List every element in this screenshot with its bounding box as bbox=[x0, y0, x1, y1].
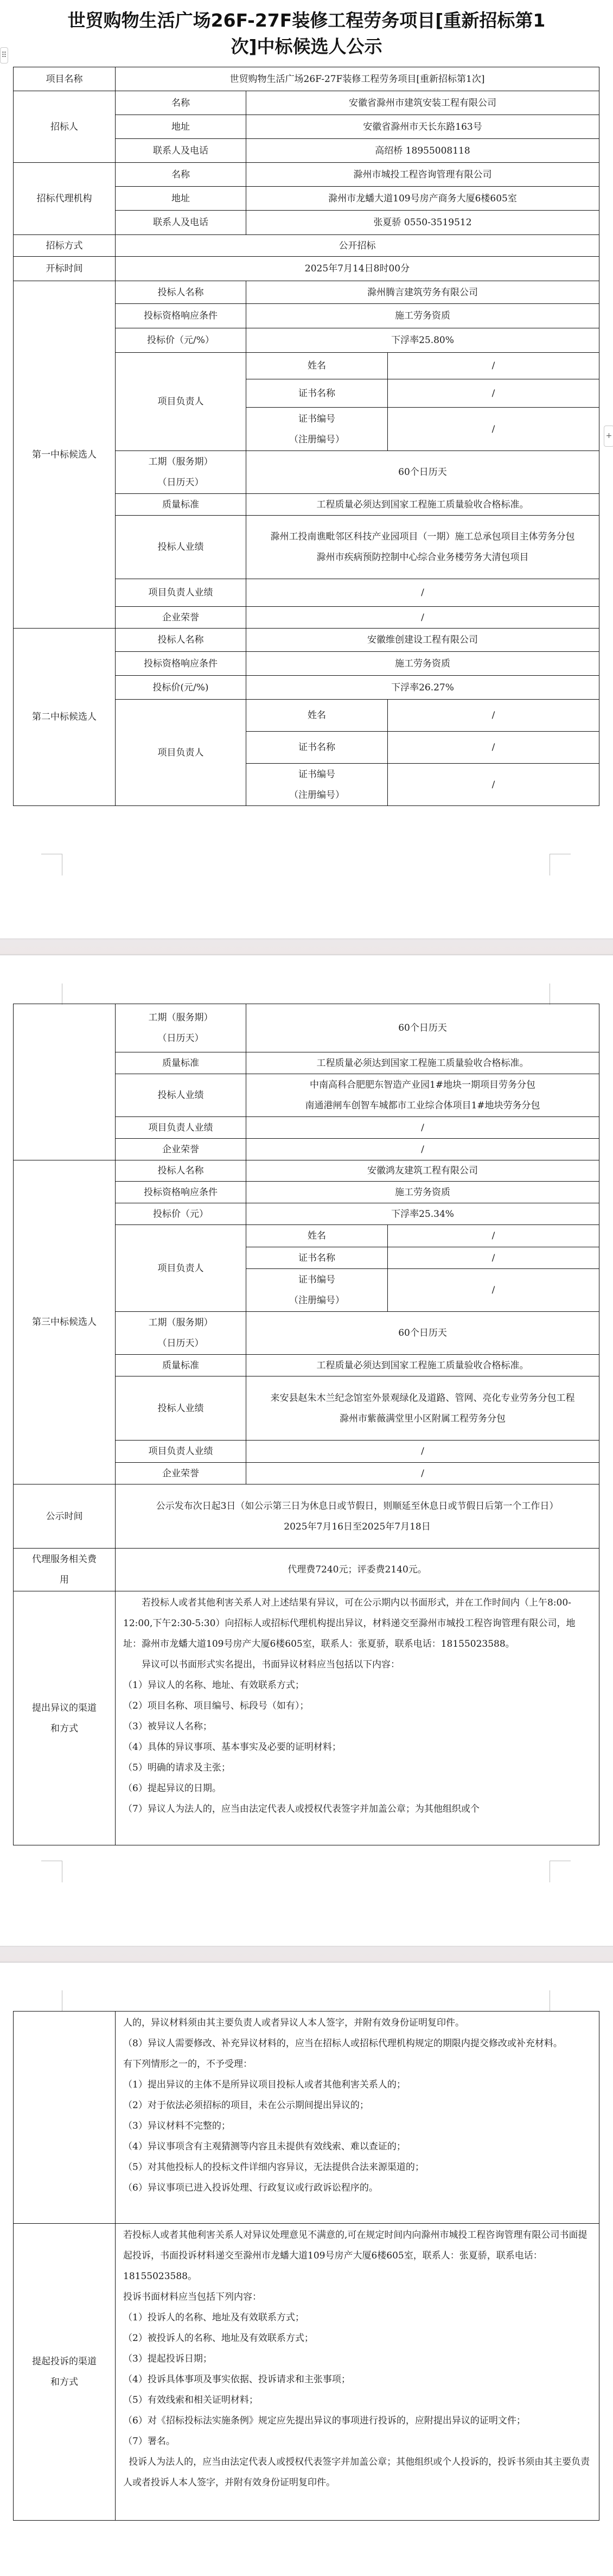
page-title-line-1: 世贸购物生活广场26F-27F装修工程劳务项目[重新招标第1 bbox=[0, 8, 613, 34]
candidate-2-continued bbox=[14, 1004, 116, 1160]
candidate-1-cert-name: / bbox=[388, 379, 599, 408]
agency-name-label: 名称 bbox=[116, 163, 246, 187]
complaint-item: （2）被投诉人的名称、地址及有效联系方式； bbox=[123, 2328, 591, 2349]
method-value: 公开招标 bbox=[116, 235, 599, 257]
complaint-item: （7）署名。 bbox=[123, 2431, 591, 2452]
candidate-1-label: 第一中标候选人 bbox=[14, 281, 116, 629]
period-label: 工期（服务期）（日历天） bbox=[116, 1004, 246, 1052]
open-time-label: 开标时间 bbox=[14, 257, 116, 281]
complaint-content: 若投标人或者其他利害关系人对异议处理意见不满意的,可在规定时间内向滁州市城投工程… bbox=[116, 2224, 599, 2521]
pm-perf-label: 项目负责人业绩 bbox=[116, 579, 246, 607]
candidate-2-qualification: 施工劳务资质 bbox=[246, 652, 599, 676]
tenderer-label: 招标人 bbox=[14, 91, 116, 163]
candidate-1-honor: / bbox=[246, 607, 599, 629]
project-name-value: 世贸购物生活广场26F-27F装修工程劳务项目[重新招标第1次] bbox=[116, 67, 599, 91]
page-corner-mark bbox=[550, 1861, 571, 1882]
bidder-name-label: 投标人名称 bbox=[116, 1160, 246, 1182]
agency-address-label: 地址 bbox=[116, 187, 246, 211]
pm-name-label: 姓名 bbox=[246, 353, 388, 379]
candidate-3-pm-name: / bbox=[388, 1225, 599, 1247]
cert-no-label: 证书编号（注册编号） bbox=[246, 764, 388, 806]
tenderer-name-value: 安徽省滁州市建筑安装工程有限公司 bbox=[246, 91, 599, 115]
candidate-1-pm-name: / bbox=[388, 353, 599, 379]
agency-contact-label: 联系人及电话 bbox=[116, 211, 246, 235]
reject-item: （3）异议材料不完整的； bbox=[123, 2116, 591, 2136]
page-break bbox=[0, 938, 613, 955]
fees-label: 代理服务相关费用 bbox=[14, 1549, 116, 1591]
announcement-table-page-3: 人的，异议材料须由其主要负责人或者异议人本人签字，并附有效身份证明复印件。 （8… bbox=[13, 2011, 599, 2521]
pm-name-label: 姓名 bbox=[246, 700, 388, 732]
page-corner-mark bbox=[550, 984, 571, 1005]
bidder-name-label: 投标人名称 bbox=[116, 629, 246, 652]
page-corner-mark bbox=[41, 1861, 62, 1882]
tenderer-contact-label: 联系人及电话 bbox=[116, 139, 246, 163]
quality-label: 质量标准 bbox=[116, 494, 246, 516]
candidate-3-price: 下浮率25.34% bbox=[246, 1203, 599, 1225]
candidate-3-perf: 来安县赵朱木兰纪念馆室外景观绿化及道路、管网、亮化专业劳务分包工程滁州市紫薇满堂… bbox=[246, 1376, 599, 1441]
pm-name-label: 姓名 bbox=[246, 1225, 388, 1247]
complaint-item: （6）对《招标投标法实施条例》规定应先提出异议的事项进行投诉的，应附提出异议的证… bbox=[123, 2410, 591, 2431]
cert-name-label: 证书名称 bbox=[246, 1247, 388, 1269]
candidate-1-period: 60个日历天 bbox=[246, 451, 599, 494]
page-corner-mark bbox=[41, 984, 62, 1005]
cert-name-label: 证书名称 bbox=[246, 379, 388, 408]
page-corner-mark bbox=[41, 1990, 62, 2012]
add-row-icon[interactable]: + bbox=[604, 426, 613, 447]
candidate-1-price: 下浮率25.80% bbox=[246, 328, 599, 353]
candidate-1-perf: 滁州工投南谯毗邻区科技产业园项目（一期）施工总承包项目主体劳务分包滁州市疾病预防… bbox=[246, 516, 599, 579]
price-label: 投标价(元/%) bbox=[116, 676, 246, 700]
objection-item: （4）具体的异议事项、基本事实及必要的证明材料； bbox=[123, 1737, 591, 1757]
candidate-1-cert-no: / bbox=[388, 408, 599, 451]
reject-item: （1）提出异议的主体不是所异议项目投标人或者其他利害关系人的； bbox=[123, 2074, 591, 2095]
candidate-2-price: 下浮率26.27% bbox=[246, 676, 599, 700]
pm-perf-label: 项目负责人业绩 bbox=[116, 1117, 246, 1139]
candidate-1-quality: 工程质量必须达到国家工程施工质量验收合格标准。 bbox=[246, 494, 599, 516]
complaint-signature: 投诉人为法人的，应当由法定代表人或授权代表签字并加盖公章；其他组织或个人投诉的，… bbox=[123, 2452, 591, 2493]
candidate-3-name: 安徽鸿友建筑工程有限公司 bbox=[246, 1160, 599, 1182]
candidate-3-period: 60个日历天 bbox=[246, 1312, 599, 1355]
agency-label: 招标代理机构 bbox=[14, 163, 116, 235]
bidder-perf-label: 投标人业绩 bbox=[116, 1074, 246, 1117]
objection-item: （3）被异议人名称； bbox=[123, 1716, 591, 1737]
complaint-label: 提起投诉的渠道和方式 bbox=[14, 2224, 116, 2521]
tenderer-address-label: 地址 bbox=[116, 115, 246, 139]
candidate-3-honor: / bbox=[246, 1463, 599, 1484]
announcement-table-page-2: 工期（服务期）（日历天） 60个日历天 质量标准 工程质量必须达到国家工程施工质… bbox=[13, 1004, 599, 1845]
cert-no-label: 证书编号（注册编号） bbox=[246, 1269, 388, 1312]
method-label: 招标方式 bbox=[14, 235, 116, 257]
period-label: 工期（服务期）（日历天） bbox=[116, 451, 246, 494]
objection-label: 提出异议的渠道和方式 bbox=[14, 1591, 116, 1845]
page-break bbox=[0, 1946, 613, 1963]
candidate-1-qualification: 施工劳务资质 bbox=[246, 304, 599, 328]
page-corner-mark bbox=[550, 854, 571, 875]
pm-perf-label: 项目负责人业绩 bbox=[116, 1441, 246, 1463]
objection-item: （6）提起异议的日期。 bbox=[123, 1778, 591, 1799]
objection-content: 若投标人或者其他利害关系人对上述结果有异议，可在公示期内以书面形式，并在工作时间… bbox=[116, 1591, 599, 1845]
honor-label: 企业荣誉 bbox=[116, 1139, 246, 1160]
table-move-handle-icon[interactable]: ⠿ bbox=[0, 47, 8, 64]
cert-name-label: 证书名称 bbox=[246, 732, 388, 764]
agency-address-value: 滁州市龙蟠大道109号房产商务大厦6楼605室 bbox=[246, 187, 599, 211]
period-label: 工期（服务期）（日历天） bbox=[116, 1312, 246, 1355]
page-corner-mark bbox=[41, 854, 62, 875]
tenderer-contact-value: 高绍桥 18955008118 bbox=[246, 139, 599, 163]
price-label: 投标价（元/%） bbox=[116, 328, 246, 353]
candidate-2-perf: 中南高科合肥肥东智造产业园1#地块一期项目劳务分包南通港闸车创智车城都市工业综合… bbox=[246, 1074, 599, 1117]
candidate-2-honor: / bbox=[246, 1139, 599, 1160]
qualification-label: 投标资格响应条件 bbox=[116, 304, 246, 328]
objection-item: （2）项目名称、项目编号、标段号（如有）； bbox=[123, 1696, 591, 1716]
price-label: 投标价（元） bbox=[116, 1203, 246, 1225]
candidate-3-quality: 工程质量必须达到国家工程施工质量验收合格标准。 bbox=[246, 1355, 599, 1376]
pm-label: 项目负责人 bbox=[116, 700, 246, 806]
agency-name-value: 滁州市城投工程咨询管理有限公司 bbox=[246, 163, 599, 187]
complaint-item: （1）投诉人的名称、地址及有效联系方式； bbox=[123, 2307, 591, 2328]
quality-label: 质量标准 bbox=[116, 1355, 246, 1376]
objection-item: （5）明确的请求及主张； bbox=[123, 1757, 591, 1778]
cert-no-label: 证书编号（注册编号） bbox=[246, 408, 388, 451]
publicity-label: 公示时间 bbox=[14, 1484, 116, 1549]
quality-label: 质量标准 bbox=[116, 1052, 246, 1074]
complaint-item: （3）提起投诉日期； bbox=[123, 2349, 591, 2369]
objection-content-continued: 人的，异议材料须由其主要负责人或者异议人本人签字，并附有效身份证明复印件。 （8… bbox=[116, 2012, 599, 2224]
candidate-3-cert-name: / bbox=[388, 1247, 599, 1269]
candidate-1-name: 滁州腾言建筑劳务有限公司 bbox=[246, 281, 599, 304]
honor-label: 企业荣誉 bbox=[116, 607, 246, 629]
candidate-2-name: 安徽维创建设工程有限公司 bbox=[246, 629, 599, 652]
bidder-perf-label: 投标人业绩 bbox=[116, 516, 246, 579]
pm-label: 项目负责人 bbox=[116, 1225, 246, 1312]
candidate-2-period: 60个日历天 bbox=[246, 1004, 599, 1052]
reject-item: （6）异议事项已进入投诉处理、行政复议或行政诉讼程序的。 bbox=[123, 2178, 591, 2198]
reject-item: （5）对其他投标人的投标文件详细内容异议，无法提供合法来源渠道的； bbox=[123, 2157, 591, 2178]
project-name-label: 项目名称 bbox=[14, 67, 116, 91]
candidate-3-qualification: 施工劳务资质 bbox=[246, 1182, 599, 1203]
candidate-2-cert-no: / bbox=[388, 764, 599, 806]
complaint-item: （4）投诉具体事项及事实依据、投诉请求和主张事项； bbox=[123, 2369, 591, 2390]
publicity-value: 公示发布次日起3日（如公示第三日为休息日或节假日，则顺延至休息日或节假日后第一个… bbox=[116, 1484, 599, 1549]
honor-label: 企业荣誉 bbox=[116, 1463, 246, 1484]
announcement-table-page-1: 项目名称 世贸购物生活广场26F-27F装修工程劳务项目[重新招标第1次] 招标… bbox=[13, 67, 599, 806]
objection-item: （7）异议人为法人的，应当由法定代表人或授权代表签字并加盖公章；为其他组织或个 bbox=[123, 1799, 591, 1819]
reject-item: （4）异议事项含有主观猜测等内容且未提供有效线索、难以查证的； bbox=[123, 2136, 591, 2157]
qualification-label: 投标资格响应条件 bbox=[116, 652, 246, 676]
candidate-3-label: 第三中标候选人 bbox=[14, 1160, 116, 1484]
fees-value: 代理费7240元；评委费2140元。 bbox=[116, 1549, 599, 1591]
page-corner-mark bbox=[550, 1990, 571, 2012]
candidate-3-cert-no: / bbox=[388, 1269, 599, 1312]
open-time-value: 2025年7月14日8时00分 bbox=[116, 257, 599, 281]
candidate-2-pm-name: / bbox=[388, 700, 599, 732]
bidder-perf-label: 投标人业绩 bbox=[116, 1376, 246, 1441]
pm-label: 项目负责人 bbox=[116, 353, 246, 451]
page-title-line-2: 次]中标候选人公示 bbox=[0, 34, 613, 60]
reject-item: （2）对于依法必须招标的项目，未在公示期间提出异议的； bbox=[123, 2095, 591, 2116]
objection-continued bbox=[14, 2012, 116, 2224]
tenderer-name-label: 名称 bbox=[116, 91, 246, 115]
tenderer-address-value: 安徽省滁州市天长东路163号 bbox=[246, 115, 599, 139]
candidate-3-pm-perf: / bbox=[246, 1441, 599, 1463]
candidate-2-cert-name: / bbox=[388, 732, 599, 764]
candidate-2-pm-perf: / bbox=[246, 1117, 599, 1139]
qualification-label: 投标资格响应条件 bbox=[116, 1182, 246, 1203]
candidate-2-label: 第二中标候选人 bbox=[14, 629, 116, 806]
candidate-1-pm-perf: / bbox=[246, 579, 599, 607]
bidder-name-label: 投标人名称 bbox=[116, 281, 246, 304]
objection-item: （1）异议人的名称、地址、有效联系方式； bbox=[123, 1675, 591, 1696]
complaint-item: （5）有效线索和相关证明材料； bbox=[123, 2390, 591, 2410]
candidate-2-quality: 工程质量必须达到国家工程施工质量验收合格标准。 bbox=[246, 1052, 599, 1074]
agency-contact-value: 张夏骄 0550-3519512 bbox=[246, 211, 599, 235]
